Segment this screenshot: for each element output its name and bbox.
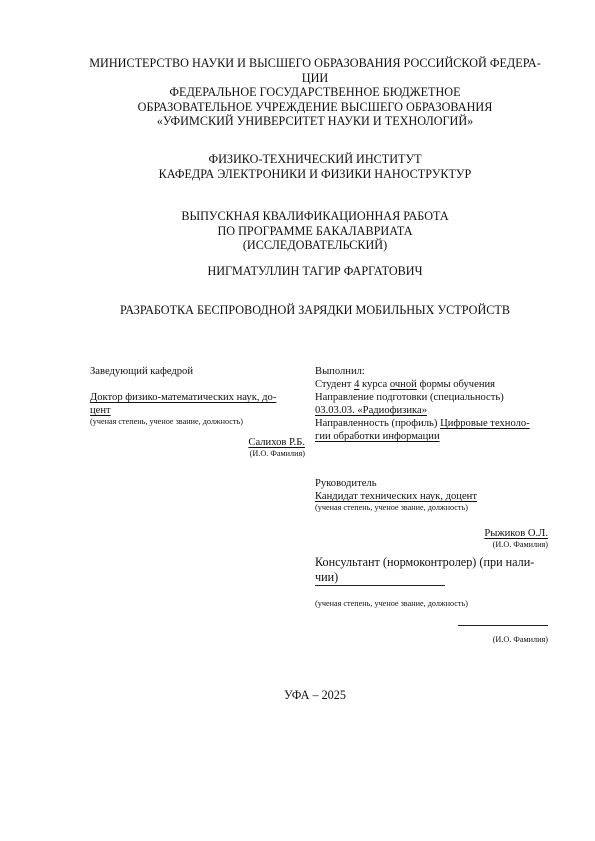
consultant-block: Консультант (нормоконтролер) (при нали- … bbox=[315, 555, 548, 645]
student-suffix: формы обучения bbox=[417, 379, 495, 390]
city-year: УФА – 2025 bbox=[80, 688, 550, 703]
work-type-line-3: (ИССЛЕДОВАТЕЛЬСКИЙ) bbox=[80, 238, 550, 253]
head-degree-caption: (ученая степень, ученое звание, должност… bbox=[90, 417, 305, 427]
head-degree-line-1: Доктор физико-математических наук, до- bbox=[90, 391, 305, 404]
work-type-line-1: ВЫПУСКНАЯ КВАЛИФИКАЦИОННАЯ РАБОТА bbox=[80, 209, 550, 224]
head-of-department-block: Заведующий кафедрой Доктор физико-матема… bbox=[90, 365, 305, 459]
head-name-caption: (И.О. Фамилия) bbox=[90, 449, 305, 459]
title-page: МИНИСТЕРСТВО НАУКИ И ВЫСШЕГО ОБРАЗОВАНИЯ… bbox=[0, 0, 595, 841]
supervisor-name-caption: (И.О. Фамилия) bbox=[315, 540, 548, 550]
head-label: Заведующий кафедрой bbox=[90, 365, 305, 378]
institute-name: ФИЗИКО-ТЕХНИЧЕСКИЙ ИНСТИТУТ bbox=[80, 152, 550, 167]
author-name: НИГМАТУЛЛИН ТАГИР ФАРГАТОВИЧ bbox=[80, 264, 550, 279]
student-label: Выполнил: bbox=[315, 365, 548, 378]
work-type-line-2: ПО ПРОГРАММЕ БАКАЛАВРИАТА bbox=[80, 224, 550, 239]
profile-value-line-1: Цифровые техноло- bbox=[440, 418, 530, 429]
head-name: Салихов Р.Б. bbox=[248, 437, 305, 448]
student-course-mid: курса bbox=[359, 379, 389, 390]
profile-value-line-2: гии обработки информации bbox=[315, 431, 440, 442]
consultant-degree-blank bbox=[315, 585, 445, 586]
thesis-title-text: РАЗРАБОТКА БЕСПРОВОДНОЙ ЗАРЯДКИ МОБИЛЬНЫ… bbox=[80, 303, 550, 318]
profile-label: Направленность (профиль) bbox=[315, 418, 440, 429]
department-name: КАФЕДРА ЭЛЕКТРОНИКИ И ФИЗИКИ НАНОСТРУКТУ… bbox=[80, 167, 550, 182]
author-text: НИГМАТУЛЛИН ТАГИР ФАРГАТОВИЧ bbox=[80, 264, 550, 279]
thesis-title: РАЗРАБОТКА БЕСПРОВОДНОЙ ЗАРЯДКИ МОБИЛЬНЫ… bbox=[80, 303, 550, 318]
city-year-text: УФА – 2025 bbox=[80, 688, 550, 703]
consultant-name-caption: (И.О. Фамилия) bbox=[315, 635, 548, 645]
direction-label: Направление подготовки (специальность) bbox=[315, 391, 548, 404]
supervisor-degree-caption: (ученая степень, ученое звание, должност… bbox=[315, 503, 548, 513]
consultant-degree-caption: (ученая степень, ученое звание, должност… bbox=[315, 599, 548, 609]
direction-value: 03.03.03. «Радиофизика» bbox=[315, 405, 427, 416]
supervisor-block: Руководитель Кандидат технических наук, … bbox=[315, 477, 548, 550]
head-degree-line-2: цент bbox=[90, 404, 111, 417]
student-block: Выполнил: Студент 4 курса очной формы об… bbox=[315, 365, 548, 443]
supervisor-name: Рыжиков О.Л. bbox=[484, 528, 548, 539]
ministry-line-2: ЦИИ bbox=[80, 71, 550, 86]
work-type-block: ВЫПУСКНАЯ КВАЛИФИКАЦИОННАЯ РАБОТА ПО ПРО… bbox=[80, 209, 550, 253]
ministry-header: МИНИСТЕРСТВО НАУКИ И ВЫСШЕГО ОБРАЗОВАНИЯ… bbox=[80, 56, 550, 129]
supervisor-label: Руководитель bbox=[315, 477, 548, 490]
profile-line: Направленность (профиль) Цифровые технол… bbox=[315, 417, 548, 430]
consultant-label-line-2: чии) bbox=[315, 570, 548, 585]
student-study-form: очной bbox=[390, 379, 417, 390]
supervisor-degree: Кандидат технических наук, доцент bbox=[315, 491, 477, 502]
student-course-line: Студент 4 курса очной формы обучения bbox=[315, 378, 548, 391]
consultant-label-line-1: Консультант (нормоконтролер) (при нали- bbox=[315, 555, 548, 570]
consultant-name-blank bbox=[458, 625, 548, 626]
student-prefix: Студент bbox=[315, 379, 354, 390]
institution-line-1: ФЕДЕРАЛЬНОЕ ГОСУДАРСТВЕННОЕ БЮДЖЕТНОЕ bbox=[80, 85, 550, 100]
faculty-block: ФИЗИКО-ТЕХНИЧЕСКИЙ ИНСТИТУТ КАФЕДРА ЭЛЕК… bbox=[80, 152, 550, 181]
ministry-line-1: МИНИСТЕРСТВО НАУКИ И ВЫСШЕГО ОБРАЗОВАНИЯ… bbox=[80, 56, 550, 71]
institution-line-2: ОБРАЗОВАТЕЛЬНОЕ УЧРЕЖДЕНИЕ ВЫСШЕГО ОБРАЗ… bbox=[80, 100, 550, 115]
university-name: «УФИМСКИЙ УНИВЕРСИТЕТ НАУКИ И ТЕХНОЛОГИЙ… bbox=[80, 114, 550, 129]
